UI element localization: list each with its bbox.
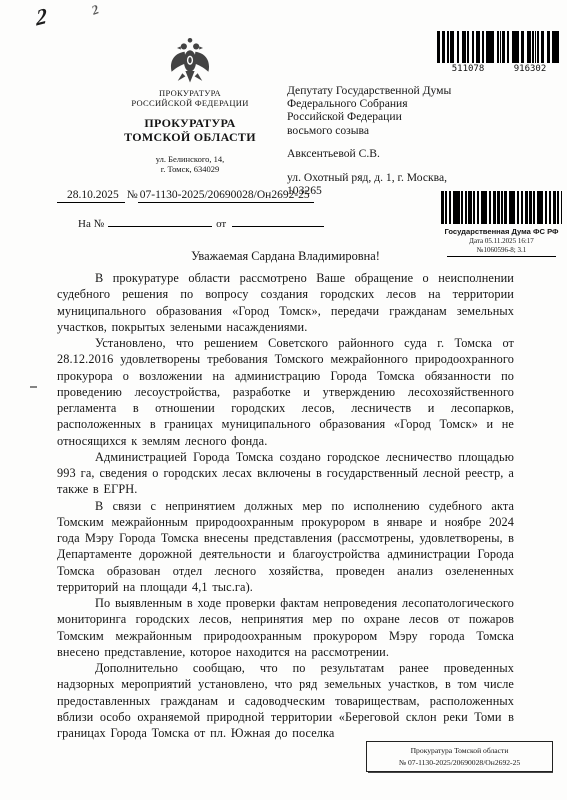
handwritten-page-number: 2 xyxy=(36,2,48,31)
sender-address-line1: ул. Белинского, 14, xyxy=(60,154,320,164)
stamp-date: Дата 05.11.2025 16:17 xyxy=(441,237,562,245)
reply-number-blank xyxy=(108,215,212,227)
sender-letterhead: ПРОКУРАТУРА РОССИЙСКОЙ ФЕДЕРАЦИИ ПРОКУРА… xyxy=(60,88,320,174)
recipient-block: Депутату Государственной Думы Федерально… xyxy=(287,84,522,197)
body-paragraph: По выявленным в ходе проверки фактам неп… xyxy=(57,595,514,660)
letter-body: В прокуратуре области рассмотрено Ваше о… xyxy=(57,270,514,741)
salutation: Уважаемая Сардана Владимировна! xyxy=(57,249,514,264)
letter-number: 07-1130-2025/20690028/Он2692-25 xyxy=(138,189,314,203)
reply-date-blank xyxy=(232,215,324,227)
recipient-line: восьмого созыва xyxy=(287,124,522,137)
reply-to-label: На № xyxy=(78,218,104,230)
org-name-line1: ПРОКУРАТУРА xyxy=(60,116,320,130)
prosecutor-office-stamp: Прокуратура Томской области № 07-1130-20… xyxy=(366,741,553,772)
barcode-digits-right: 916302 xyxy=(514,64,547,74)
footer-stamp-org: Прокуратура Томской области xyxy=(369,746,550,755)
coat-of-arms-icon xyxy=(167,36,213,86)
body-paragraph: Дополнительно сообщаю, что по результата… xyxy=(57,660,514,741)
footer-stamp-number: № 07-1130-2025/20690028/Он2692-25 xyxy=(369,758,550,767)
letter-date: 28.10.2025 xyxy=(57,189,125,203)
recipient-name: Авксентьевой С.В. xyxy=(287,147,522,160)
barcode-digits-left: 511078 xyxy=(452,64,485,74)
parent-org-line2: РОССИЙСКОЙ ФЕДЕРАЦИИ xyxy=(60,98,320,108)
outgoing-reference-line: 28.10.2025№07-1130-2025/20690028/Он2692-… xyxy=(57,189,314,203)
registration-barcode: 511078 916302 xyxy=(437,31,561,74)
number-sign: № xyxy=(127,189,138,201)
body-paragraph: Установлено, что решением Советского рай… xyxy=(57,335,514,449)
duma-registration-stamp: Государственная Дума ФС РФ Дата 05.11.20… xyxy=(441,191,562,257)
body-paragraph: Администрацией Города Томска создано гор… xyxy=(57,449,514,498)
margin-artifact xyxy=(30,386,37,388)
body-paragraph: В прокуратуре области рассмотрено Ваше о… xyxy=(57,270,514,335)
recipient-address-line1: ул. Охотный ряд, д. 1, г. Москва, xyxy=(287,171,522,184)
handwritten-faint-mark: 2 xyxy=(89,1,101,18)
barcode-icon xyxy=(437,31,561,63)
sender-address-line2: г. Томск, 634029 xyxy=(60,164,320,174)
stamp-org-name: Государственная Дума ФС РФ xyxy=(441,227,562,236)
scanned-letter-page: 2 2 511078 916302 ПРОКУРАТУРА РОССИЙСКО xyxy=(0,0,567,800)
stamp-barcode-icon xyxy=(441,191,562,224)
parent-org-line1: ПРОКУРАТУРА xyxy=(60,88,320,98)
from-label: от xyxy=(216,218,226,230)
incoming-reference-line: На №от xyxy=(78,215,324,230)
recipient-line: Депутату Государственной Думы xyxy=(287,84,522,97)
org-name-line2: ТОМСКОЙ ОБЛАСТИ xyxy=(60,130,320,144)
recipient-line: Федерального Собрания xyxy=(287,97,522,110)
body-paragraph: В связи с непринятием должных мер по исп… xyxy=(57,498,514,596)
recipient-line: Российской Федерации xyxy=(287,110,522,123)
